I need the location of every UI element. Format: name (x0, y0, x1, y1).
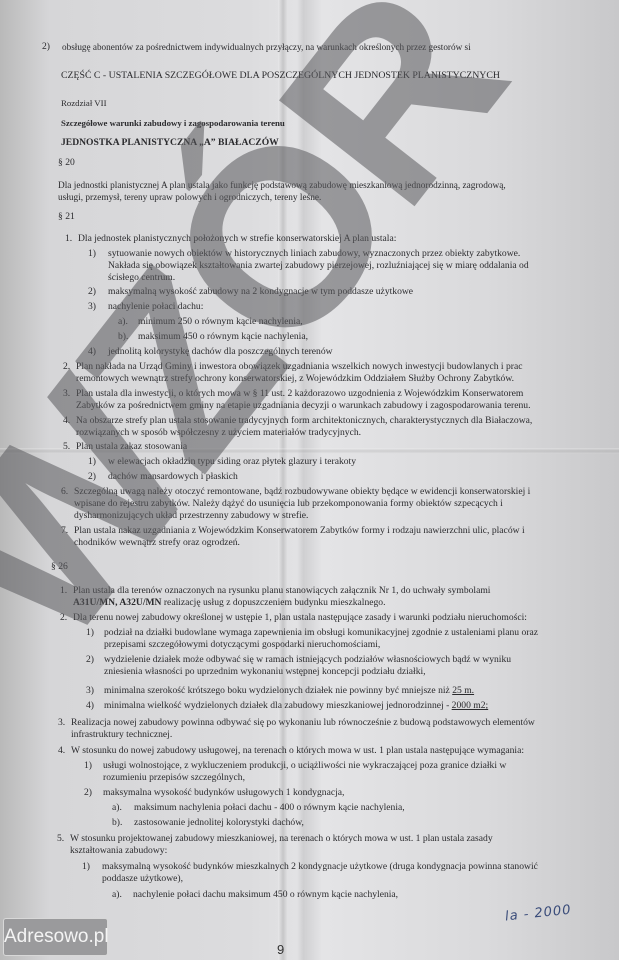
s21-p4-line: rozwiązanych w sposób współczesny z użyc… (76, 427, 361, 439)
s26-p5-item-line: maksymalną wysokość budynków mieszkalnyc… (102, 861, 538, 873)
s21-item-line: minimum 250 o równym kącie nachylenia, (138, 316, 303, 328)
s26-p5-line: kształtowania zabudowy: (70, 845, 167, 857)
s26-p2-text: Dla terenu nowej zabudowy określonej w u… (73, 612, 527, 624)
para-number: 7. (61, 525, 68, 537)
s21-p4-line: Na obszarze strefy plan ustala stosowani… (76, 415, 532, 427)
para-number: 4. (58, 745, 65, 757)
top-item-text: obsługę abonentów za pośrednictwem indyw… (62, 41, 471, 53)
s21-p7-line: Plan ustala nakaz uzgadniania z Wojewódz… (74, 525, 525, 537)
s26-p3-line: infrastruktury technicznej. (71, 729, 172, 741)
s26-p4-item-line: zastosowanie jednolitej kolorystyki dach… (134, 817, 304, 829)
s26-p2-item-line: wydzielenie działek może odbywać się w r… (104, 654, 511, 666)
item-number: 4) (88, 346, 96, 358)
item-number: 2) (84, 787, 92, 799)
section-heading-21: § 21 (58, 211, 75, 223)
s26-p5-item-line: poddasze użytkowe), (102, 873, 183, 885)
item-number: 4) (86, 700, 94, 712)
handwritten-note: la - 2000 (504, 903, 572, 925)
s26-p2-item-line: minimalna wielkość wydzielonych działek … (104, 700, 488, 712)
part-title: CZĘŚĆ C - USTALENIA SZCZEGÓŁOWE DLA POSZ… (61, 70, 500, 82)
s21-item-line: maksimum 450 o równym kącie nachylenia, (138, 331, 308, 343)
s26-p5-line: W stosunku projektowanej zabudowy mieszk… (70, 833, 493, 845)
zone-symbols: A31U/MN, A32U/MN (73, 597, 161, 608)
s20-line: Dla jednostki planistycznej A plan ustal… (58, 180, 506, 192)
s26-p4-item-line: maksymalna wysokość budynków usługowych … (103, 787, 344, 799)
s26-p1-line: Plan ustala dla terenów oznaczonych na r… (73, 585, 490, 597)
s26-p2-item-line: przepisami szczegółowymi dotyczącymi gos… (104, 639, 380, 651)
item-number: 1) (88, 248, 96, 260)
chapter-label: Rozdział VII (61, 97, 107, 109)
para-number: 1. (65, 233, 72, 245)
item-number: 3) (86, 685, 94, 697)
item-number: 1) (88, 456, 96, 468)
s26-p4-item-line: maksimum nachylenia połaci dachu - 400 o… (134, 802, 405, 814)
s26-p3-line: Realizacja nowej zabudowy powinna odbywa… (71, 717, 535, 729)
s21-item-line: maksymalną wysokość zabudowy na 2 kondyg… (108, 286, 413, 298)
s26-p4-text: W stosunku do nowej zabudowy usługowej, … (71, 745, 524, 757)
s26-p2-item-line: podział na działki budowlane wymaga zape… (104, 627, 538, 639)
s21-p2-line: Plan nakłada na Urząd Gminy i inwestora … (76, 361, 523, 373)
s21-p3-line: Plan ustala dla inwestycji, o których mo… (76, 388, 523, 400)
sub-item-letter: a). (112, 802, 122, 814)
item-text: minimalna szerokość krótszego boku wydzi… (104, 685, 452, 696)
page-number: 9 (277, 942, 284, 957)
s21-p5-text: Plan ustala zakaz stosowania (76, 441, 187, 453)
para-number: 2. (63, 361, 70, 373)
s26-p4-item-line: usługi wolnostojące, z wykluczeniem prod… (103, 760, 506, 772)
sub-item-letter: b). (118, 331, 128, 343)
s26-p1-rest: realizację usług z dopuszczeniem budynku… (161, 597, 385, 608)
item-number: 1) (84, 760, 92, 772)
chapter-subtitle: Szczegółowe warunki zabudowy i zagospoda… (61, 117, 285, 129)
para-number: 3. (63, 388, 70, 400)
s21-p7-line: chodników wewnątrz strefy oraz ogrodzeń. (74, 537, 240, 549)
s21-p6-line: wpisane do rejestru zabytków. Należy dąż… (74, 498, 503, 510)
s21-item-line: nachylenie połaci dachu: (108, 301, 203, 313)
s21-item-line: ścisłego centrum. (108, 272, 175, 284)
s21-p1-text: Dla jednostek planistycznych położonych … (78, 233, 396, 245)
para-number: 4. (63, 415, 70, 427)
para-number: 2. (60, 612, 67, 624)
s20-line: usługi, przemysł, tereny upraw polowych … (58, 192, 321, 204)
para-number: 1. (60, 585, 67, 597)
paper-fold-vertical (278, 0, 288, 960)
s21-p6-line: dysharmonizujących układ przestrzenny za… (74, 510, 308, 522)
para-number: 3. (58, 717, 65, 729)
para-number: 6. (61, 486, 68, 498)
item-number: 2) (88, 286, 96, 298)
s21-p6-line: Szczególną uwagą należy otoczyć remontow… (74, 486, 530, 498)
unit-title: JEDNOSTKA PLANISTYCZNA „A” BIAŁACZÓW (61, 137, 279, 149)
s21-p2-line: remontowych wewnątrz strefy ochrony kons… (76, 373, 514, 385)
s26-p2-item-line: minimalna szerokość krótszego boku wydzi… (104, 685, 474, 697)
item-number: 1) (82, 861, 90, 873)
s26-p4-item-line: rozumieniu przepisów szczególnych, (103, 772, 245, 784)
s26-p1-line: A31U/MN, A32U/MN realizację usług z dopu… (73, 597, 386, 609)
sub-item-letter: a). (112, 889, 122, 901)
section-heading-20: § 20 (58, 157, 75, 169)
item-number: 1) (86, 627, 94, 639)
para-number: 5. (57, 833, 64, 845)
sub-item-letter: a). (118, 316, 128, 328)
item-number: 2) (86, 654, 94, 666)
underlined-value: 2000 m2; (452, 700, 489, 711)
s21-p5-item: dachów mansardowych i płaskich (108, 471, 238, 483)
underlined-value: 25 m. (452, 685, 474, 696)
s26-p5-item-line: nachylenie połaci dachu maksimum 450 o r… (133, 889, 398, 901)
site-watermark-badge: Adresowo.pl (3, 918, 108, 956)
section-heading-26: § 26 (51, 561, 68, 573)
document-photo: 2) obsługę abonentów za pośrednictwem in… (0, 0, 619, 960)
s21-p5-item: w elewacjach okładzin typu siding oraz p… (108, 456, 356, 468)
item-text: minimalna wielkość wydzielonych działek … (104, 700, 452, 711)
s21-item-line: Nakłada się obowiązek kształtowania zwar… (108, 260, 529, 272)
para-number: 5. (63, 441, 70, 453)
s21-item-line: jednolitą kolorystykę dachów dla poszcze… (108, 346, 333, 358)
s21-item-line: sytuowanie nowych obiektów w historyczny… (108, 248, 520, 260)
sub-item-letter: b). (112, 817, 122, 829)
item-number: 3) (88, 301, 96, 313)
item-number: 2) (42, 41, 50, 53)
item-number: 2) (88, 471, 96, 483)
s21-p3-line: Zabytków za pośrednictwem gminy na etapi… (76, 400, 530, 412)
s26-p2-item-line: zniesienia własności po uprzednim wykona… (104, 666, 426, 678)
